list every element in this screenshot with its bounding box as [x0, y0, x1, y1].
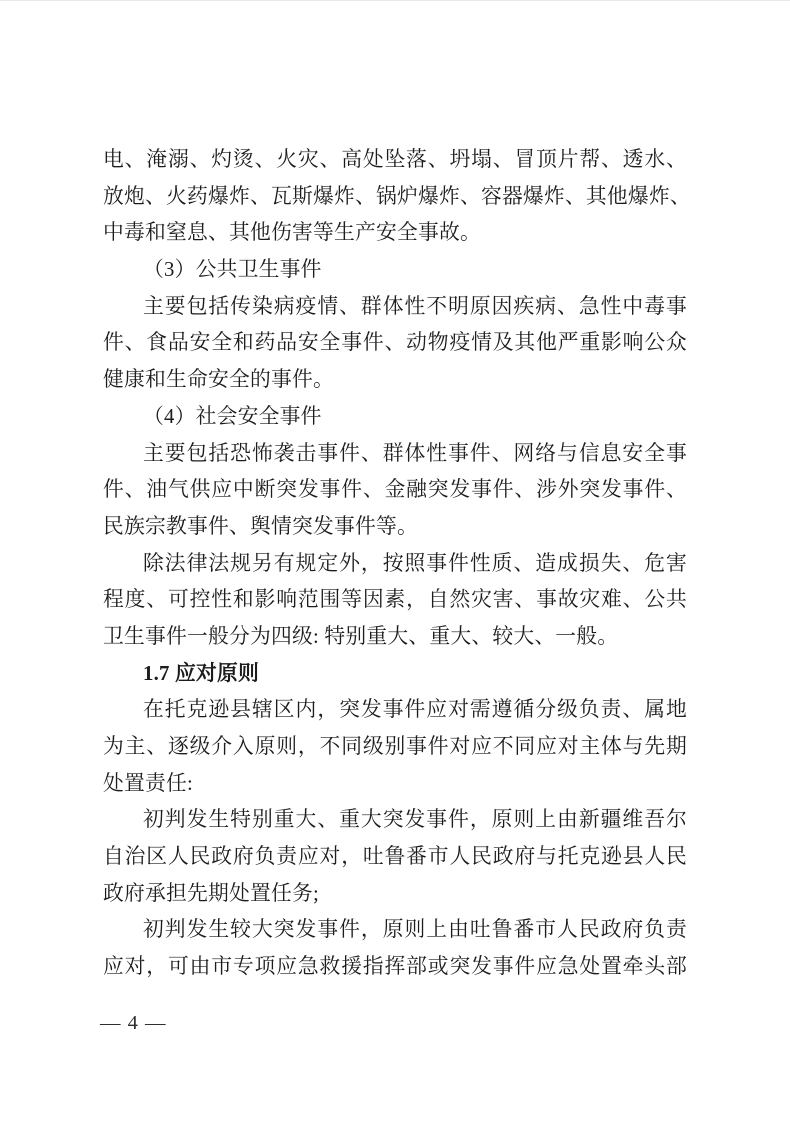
text-line: 电、淹溺、灼烫、火灾、高处坠落、坍塌、冒顶片帮、透水、 — [103, 142, 687, 179]
text-line: 中毒和窒息、其他伤害等生产安全事故。 — [103, 215, 687, 252]
text-line: 为主、逐级介入原则，不同级别事件对应不同应对主体与先期 — [103, 729, 687, 766]
document-page: { "document": { "lines": [ "电、淹溺、灼烫、火灾、高… — [0, 0, 790, 1122]
text-line: 放炮、火药爆炸、瓦斯爆炸、锅炉爆炸、容器爆炸、其他爆炸、 — [103, 179, 687, 216]
text-line: 处置责任: — [103, 766, 687, 803]
text-line: 除法律法规另有规定外，按照事件性质、造成损失、危害 — [103, 546, 687, 583]
text-line: 应对，可由市专项应急救援指挥部或突发事件应急处置牵头部 — [103, 949, 687, 986]
text-line: 件、食品安全和药品安全事件、动物疫情及其他严重影响公众 — [103, 325, 687, 362]
page-footer: — 4 — — [100, 1008, 167, 1038]
text-line: 自治区人民政府负责应对，吐鲁番市人民政府与托克逊县人民 — [103, 839, 687, 876]
text-line: 初判发生特别重大、重大突发事件，原则上由新疆维吾尔 — [103, 802, 687, 839]
text-line: 件、油气供应中断突发事件、金融突发事件、涉外突发事件、 — [103, 472, 687, 509]
text-line: 初判发生较大突发事件，原则上由吐鲁番市人民政府负责 — [103, 912, 687, 949]
text-line: 在托克逊县辖区内，突发事件应对需遵循分级负责、属地 — [103, 692, 687, 729]
text-line: 政府承担先期处置任务; — [103, 876, 687, 913]
page-number: — 4 — — [100, 1012, 167, 1034]
text-line: 卫生事件一般分为四级: 特别重大、重大、较大、一般。 — [103, 619, 687, 656]
document-body: 电、淹溺、灼烫、火灾、高处坠落、坍塌、冒顶片帮、透水、 放炮、火药爆炸、瓦斯爆炸… — [103, 142, 687, 986]
text-line: 民族宗教事件、舆情突发事件等。 — [103, 509, 687, 546]
text-line: 主要包括传染病疫情、群体性不明原因疾病、急性中毒事 — [103, 289, 687, 326]
scan-edge-line — [0, 0, 790, 1]
text-line: 程度、可控性和影响范围等因素，自然灾害、事故灾难、公共 — [103, 582, 687, 619]
list-item-heading: （4）社会安全事件 — [103, 399, 687, 436]
list-item-heading: （3）公共卫生事件 — [103, 252, 687, 289]
text-line: 健康和生命安全的事件。 — [103, 362, 687, 399]
section-heading: 1.7 应对原则 — [103, 656, 687, 693]
text-line: 主要包括恐怖袭击事件、群体性事件、网络与信息安全事 — [103, 436, 687, 473]
